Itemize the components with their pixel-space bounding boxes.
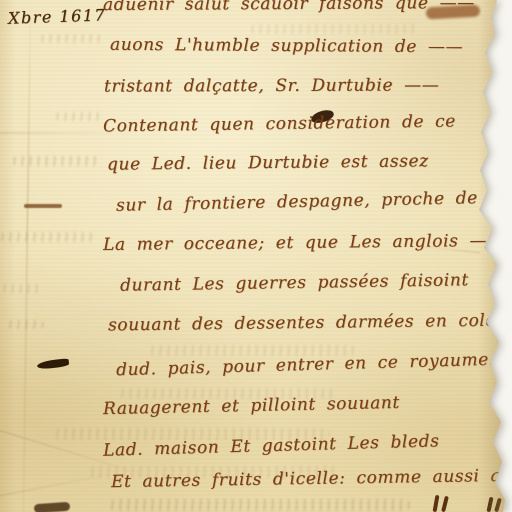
manuscript-text-line: souuant des dessentes darmées en coler xyxy=(108,311,505,336)
manuscript-text-line: que Led. lieu Durtubie est assez xyxy=(107,151,429,174)
margin-dash-mark xyxy=(24,204,62,208)
manuscript-text-line: auons L'humble supplication de —— xyxy=(110,35,463,57)
manuscript-text-line: Contenant quen consideration de ce xyxy=(103,112,456,137)
bleedthrough-ghost xyxy=(12,156,100,166)
cutoff-line-stroke xyxy=(441,496,449,512)
manuscript-text-line: aduenir salut scauoir faisons que —— xyxy=(103,0,475,15)
margin-date-note: Xbre 1617 xyxy=(8,5,107,27)
torn-edge-shading xyxy=(478,0,512,512)
bleedthrough-ghost xyxy=(8,320,44,329)
cutoff-ink-blob xyxy=(34,502,71,512)
manuscript-paper: Xbre 1617 aduenir salut scauoir faisons … xyxy=(0,0,512,512)
manuscript-text-line: sur la frontiere despagne, proche de xyxy=(116,188,478,216)
bleedthrough-ghost xyxy=(0,232,94,242)
paper-crease xyxy=(22,0,31,512)
bleedthrough-ghost xyxy=(110,499,410,511)
paper-shadow-wrap: Xbre 1617 aduenir salut scauoir faisons … xyxy=(0,0,512,512)
bleedthrough-ghost xyxy=(2,284,44,293)
scanned-manuscript-page: Xbre 1617 aduenir salut scauoir faisons … xyxy=(0,0,512,512)
cutoff-line-stroke xyxy=(433,495,440,512)
bleedthrough-ghost xyxy=(40,34,102,43)
bleedthrough-ghost xyxy=(55,112,105,121)
manuscript-text-line: durant Les guerres passées faisoint xyxy=(120,270,469,295)
manuscript-text-line: tristant dalçatte, Sr. Durtubie —— xyxy=(104,75,439,96)
manuscript-text-line: La mer occeane; et que Les anglois — xyxy=(103,231,487,255)
margin-stroke-mark xyxy=(37,358,70,370)
bleedthrough-ghost xyxy=(250,24,420,34)
